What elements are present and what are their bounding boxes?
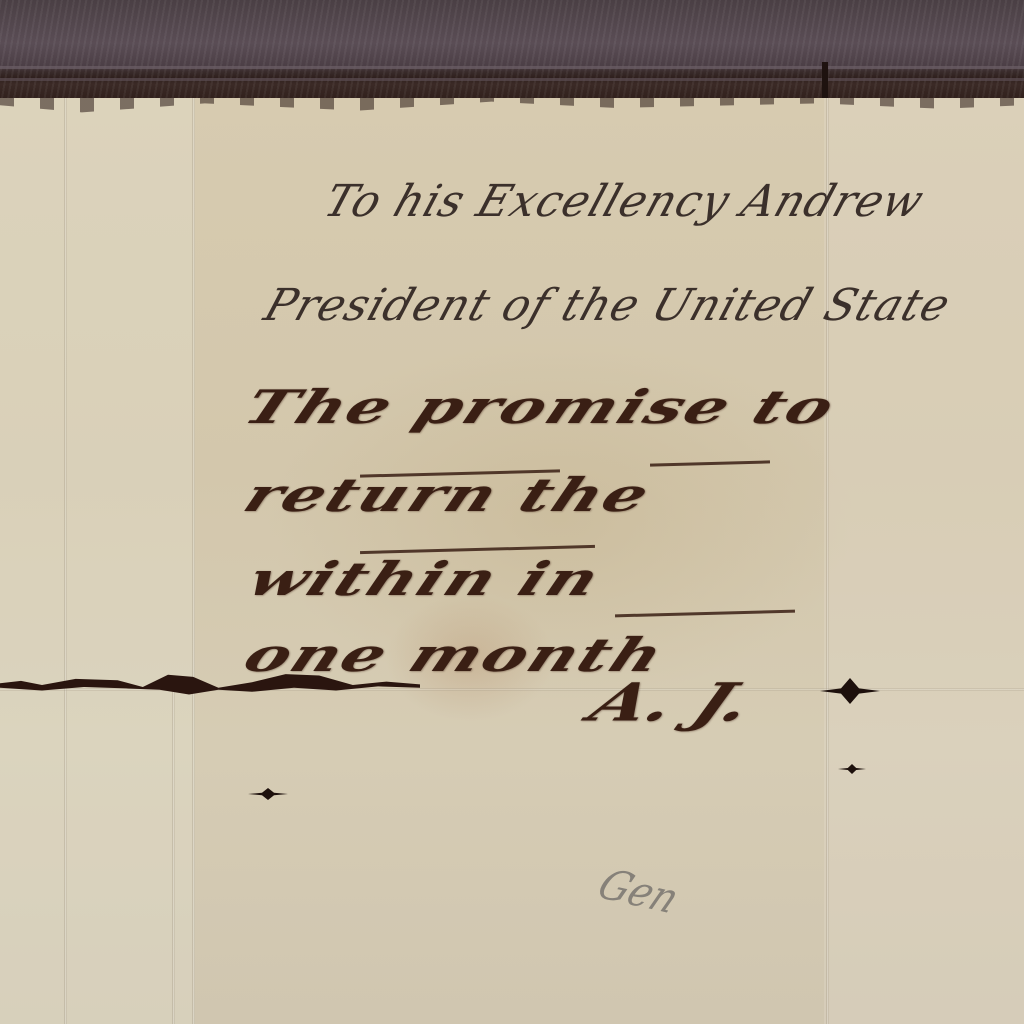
endorsement-line-2: return the <box>236 467 659 522</box>
paper-hole <box>248 788 288 800</box>
fold-line <box>192 98 195 1024</box>
fold-line <box>172 688 175 1024</box>
frame-rail <box>0 66 1024 69</box>
endorsement-line-1: The promise to <box>236 379 845 434</box>
fold-line <box>826 98 829 1024</box>
fold-line <box>64 98 67 1024</box>
signature-initials: A. J. <box>580 671 764 733</box>
folded-panel-left <box>0 98 195 1024</box>
address-line-2: President of the United State <box>258 280 957 331</box>
glass-reflection <box>0 0 1024 108</box>
endorsement-line-3: within in <box>240 551 610 606</box>
folded-panel-right <box>824 98 1024 1024</box>
frame-rail <box>0 78 1024 81</box>
picture-frame-glass <box>0 0 1024 108</box>
address-line-1: To his Excellency Andrew <box>318 176 931 227</box>
